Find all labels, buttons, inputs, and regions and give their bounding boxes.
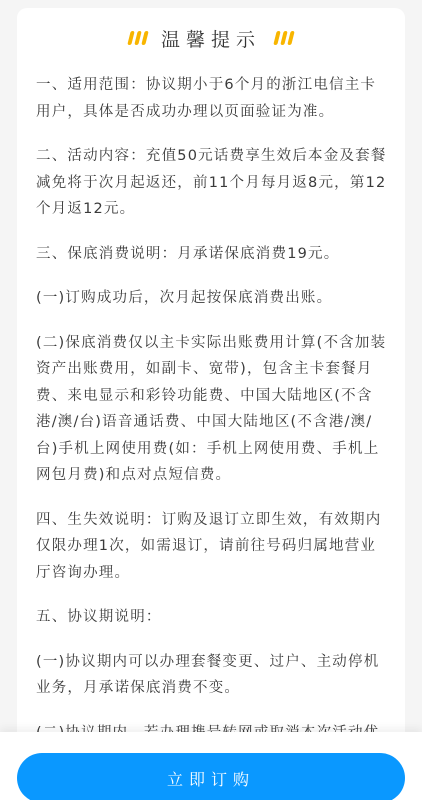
paragraph-minimum-spend-1: (一)订购成功后，次月起按保底消费出账。 (36, 285, 388, 312)
right-stripes-icon (275, 31, 293, 45)
paragraph-effective: 四、生失效说明：订购及退订立即生效，有效期内仅限办理1次，如需退订，请前往号码归… (36, 507, 388, 587)
paragraph-activity: 二、活动内容：充值50元话费享生效后本金及套餐减免将于次月起返还，前11个月每月… (36, 143, 388, 223)
paragraph-agreement: 五、协议期说明： (36, 604, 388, 631)
paragraph-agreement-1: (一)协议期内可以办理套餐变更、过户、主动停机业务，月承诺保底消费不变。 (36, 649, 388, 702)
paragraph-minimum-spend: 三、保底消费说明：月承诺保底消费19元。 (36, 241, 388, 268)
notice-title: 温馨提示 (161, 25, 261, 52)
paragraph-minimum-spend-2: (二)保底消费仅以主卡实际出账费用计算(不含加装资产出账费用，如副卡、宽带)，包… (36, 330, 388, 489)
notice-card: 温馨提示 一、适用范围：协议期小于6个月的浙江电信主卡用户，具体是否成功办理以页… (17, 8, 405, 768)
notice-content: 一、适用范围：协议期小于6个月的浙江电信主卡用户，具体是否成功办理以页面验证为准… (36, 72, 388, 764)
paragraph-scope: 一、适用范围：协议期小于6个月的浙江电信主卡用户，具体是否成功办理以页面验证为准… (36, 72, 388, 125)
notice-header: 温馨提示 (17, 26, 405, 50)
order-now-button[interactable]: 立即订购 (17, 753, 405, 800)
left-stripes-icon (129, 31, 147, 45)
bottom-action-bar: 立即订购 (0, 732, 422, 800)
